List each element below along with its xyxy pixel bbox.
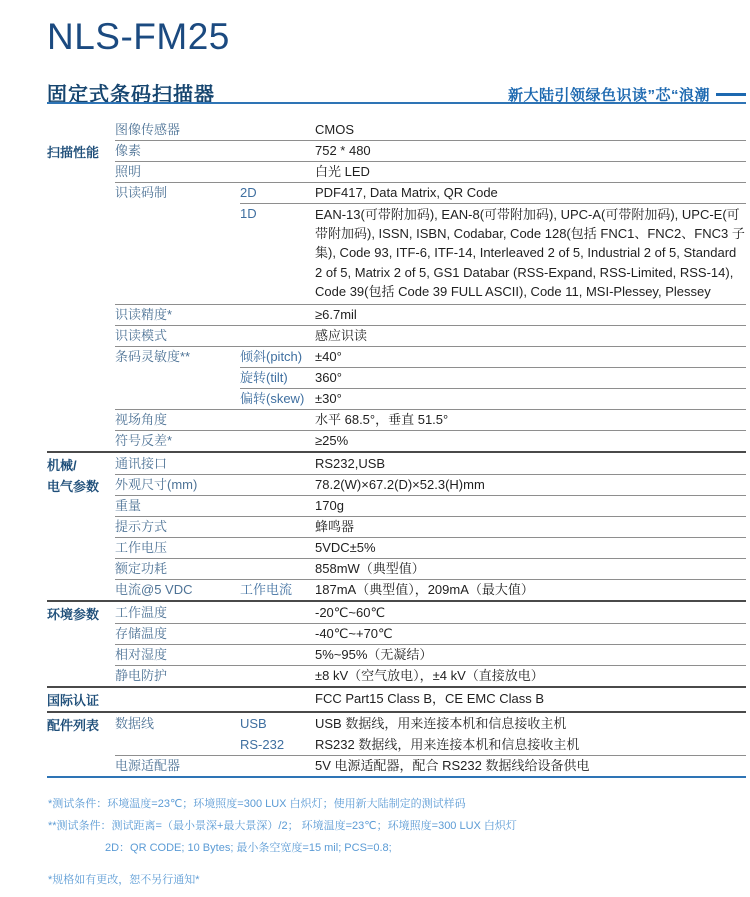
spec-row: 数据线USBUSB 数据线，用来连接本机和信息接收主机: [115, 713, 746, 734]
spec-attr-label: 电源适配器: [115, 755, 240, 776]
spec-attr-label: 识读模式: [115, 325, 240, 346]
footnote-line: *测试条件：环境温度=23℃；环境照度=300 LUX 白炽灯；使用新大陆制定的…: [48, 793, 730, 815]
spec-row: 旋转(tilt)360°: [115, 367, 746, 388]
spec-attr-label: 识读码制: [115, 182, 240, 203]
spec-value: -20℃~60℃: [315, 602, 746, 623]
spec-attr-label: 符号反差*: [115, 430, 240, 451]
spec-row: 识读模式感应识读: [115, 325, 746, 346]
spec-sub-label: [240, 409, 315, 430]
spec-sub-label: 偏转(skew): [240, 388, 315, 409]
section-category-label: 配件列表: [47, 713, 115, 776]
spec-attr-label: 重量: [115, 495, 240, 516]
spec-value: 752 * 480: [315, 140, 746, 161]
spec-attr-label: 提示方式: [115, 516, 240, 537]
section-category-label: 机械/电气参数: [47, 453, 115, 600]
spec-sub-label: 工作电流: [240, 579, 315, 600]
spec-sub-label: [240, 140, 315, 161]
spec-attr-label: [115, 203, 240, 304]
spec-value: 白光 LED: [315, 161, 746, 182]
spec-attr-label: 识读精度*: [115, 304, 240, 325]
spec-attr-label: 视场角度: [115, 409, 240, 430]
spec-sub-label: [240, 688, 315, 709]
spec-value: ±40°: [315, 346, 746, 367]
spec-attr-label: 图像传感器: [115, 119, 240, 140]
spec-value: EAN-13(可带附加码), EAN-8(可带附加码), UPC-A(可带附加码…: [315, 203, 746, 304]
footnote-line: **测试条件：测试距离=（最小景深+最大景深）/2； 环境温度=23℃；环境照度…: [48, 815, 730, 837]
section-category-line: 电气参数: [47, 476, 115, 497]
spec-sub-label: [240, 623, 315, 644]
spec-value: 5VDC±5%: [315, 537, 746, 558]
spec-value: ±8 kV（空气放电），±4 kV（直接放电）: [315, 665, 746, 686]
spec-section: 国际认证FCC Part15 Class B，CE EMC Class B: [47, 686, 746, 711]
spec-row: 工作电压5VDC±5%: [115, 537, 746, 558]
spec-value: 78.2(W)×67.2(D)×52.3(H)mm: [315, 474, 746, 495]
spec-attr-label: 存储温度: [115, 623, 240, 644]
spec-section: 环境参数工作温度-20℃~60℃存储温度-40℃~+70℃相对湿度5%~95%（…: [47, 600, 746, 686]
spec-sub-label: 2D: [240, 182, 315, 203]
spec-sub-label: USB: [240, 713, 315, 734]
spec-sub-label: [240, 602, 315, 623]
spec-row: 重量170g: [115, 495, 746, 516]
spec-value: ±30°: [315, 388, 746, 409]
spec-row: 1DEAN-13(可带附加码), EAN-8(可带附加码), UPC-A(可带附…: [115, 203, 746, 304]
spec-sub-label: [240, 474, 315, 495]
product-title: NLS-FM25: [47, 16, 746, 58]
spec-value: CMOS: [315, 119, 746, 140]
spec-attr-label: [115, 734, 240, 755]
spec-row: 电流@5 VDC工作电流187mA（典型值），209mA（最大值）: [115, 579, 746, 600]
spec-attr-label: 相对湿度: [115, 644, 240, 665]
spec-sub-label: [240, 558, 315, 579]
spec-table: 扫描性能图像传感器CMOS像素752 * 480照明白光 LED识读码制2DPD…: [47, 104, 746, 778]
spec-row: 通讯接口RS232,USB: [115, 453, 746, 474]
spec-sub-label: [240, 755, 315, 776]
spec-row: 符号反差*≥25%: [115, 430, 746, 451]
spec-sub-label: [240, 516, 315, 537]
spec-value: 360°: [315, 367, 746, 388]
spec-value: ≥25%: [315, 430, 746, 451]
spec-attr-label: [115, 688, 240, 709]
spec-section: 配件列表数据线USBUSB 数据线，用来连接本机和信息接收主机RS-232RS2…: [47, 711, 746, 776]
spec-attr-label: 照明: [115, 161, 240, 182]
section-category-label: 扫描性能: [47, 119, 115, 451]
spec-attr-label: 工作温度: [115, 602, 240, 623]
spec-row: 提示方式蜂鸣器: [115, 516, 746, 537]
spec-row: 额定功耗858mW（典型值）: [115, 558, 746, 579]
spec-value: 170g: [315, 495, 746, 516]
footnote-line: *规格如有更改，恕不另行通知*: [48, 869, 730, 891]
section-rows: 数据线USBUSB 数据线，用来连接本机和信息接收主机RS-232RS232 数…: [115, 713, 746, 776]
spec-value: RS232,USB: [315, 453, 746, 474]
spec-row: 静电防护±8 kV（空气放电），±4 kV（直接放电）: [115, 665, 746, 686]
spec-value: 水平 68.5°，垂直 51.5°: [315, 409, 746, 430]
section-category-line: 机械/: [47, 455, 115, 476]
spec-attr-label: 外观尺寸(mm): [115, 474, 240, 495]
spec-sub-label: [240, 453, 315, 474]
spec-attr-label: 像素: [115, 140, 240, 161]
spec-row: RS-232RS232 数据线，用来连接本机和信息接收主机: [115, 734, 746, 755]
section-category-line: 扫描性能: [47, 142, 115, 163]
spec-row: 电源适配器5V 电源适配器，配合 RS232 数据线给设备供电: [115, 755, 746, 776]
spec-value: 5%~95%（无凝结）: [315, 644, 746, 665]
footnote-line: 2D：QR CODE; 10 Bytes; 最小条空宽度=15 mil; PCS…: [48, 837, 730, 859]
spec-row: 存储温度-40℃~+70℃: [115, 623, 746, 644]
spec-value: ≥6.7mil: [315, 304, 746, 325]
spec-sub-label: 1D: [240, 203, 315, 304]
spec-row: 视场角度水平 68.5°，垂直 51.5°: [115, 409, 746, 430]
spec-value: PDF417, Data Matrix, QR Code: [315, 182, 746, 203]
spec-sub-label: [240, 304, 315, 325]
spec-value: RS232 数据线，用来连接本机和信息接收主机: [315, 734, 746, 755]
section-rows: 图像传感器CMOS像素752 * 480照明白光 LED识读码制2DPDF417…: [115, 119, 746, 451]
section-rows: 工作温度-20℃~60℃存储温度-40℃~+70℃相对湿度5%~95%（无凝结）…: [115, 602, 746, 686]
spec-value: 蜂鸣器: [315, 516, 746, 537]
spec-attr-label: 额定功耗: [115, 558, 240, 579]
spec-row: 识读码制2DPDF417, Data Matrix, QR Code: [115, 182, 746, 203]
spec-value: 感应识读: [315, 325, 746, 346]
spec-row: 像素752 * 480: [115, 140, 746, 161]
spec-row: 外观尺寸(mm)78.2(W)×67.2(D)×52.3(H)mm: [115, 474, 746, 495]
spec-row: 工作温度-20℃~60℃: [115, 602, 746, 623]
spec-value: FCC Part15 Class B，CE EMC Class B: [315, 688, 746, 709]
section-category-line: 配件列表: [47, 715, 115, 736]
spec-sub-label: [240, 430, 315, 451]
spec-attr-label: 数据线: [115, 713, 240, 734]
spec-row: 条码灵敏度**倾斜(pitch)±40°: [115, 346, 746, 367]
spec-attr-label: 静电防护: [115, 665, 240, 686]
spec-value: USB 数据线，用来连接本机和信息接收主机: [315, 713, 746, 734]
spec-attr-label: 工作电压: [115, 537, 240, 558]
spec-row: 相对湿度5%~95%（无凝结）: [115, 644, 746, 665]
datasheet-page: { "page": { "title": "NLS-FM25", "subtit…: [0, 0, 750, 897]
spec-attr-label: 电流@5 VDC: [115, 579, 240, 600]
footnotes: *测试条件：环境温度=23℃；环境照度=300 LUX 白炽灯；使用新大陆制定的…: [48, 793, 730, 891]
tagline-dash-rule: [716, 93, 746, 96]
spec-value: 187mA（典型值），209mA（最大值）: [315, 579, 746, 600]
spec-attr-label: [115, 388, 240, 409]
spec-row: 偏转(skew)±30°: [115, 388, 746, 409]
spec-row: FCC Part15 Class B，CE EMC Class B: [115, 688, 746, 709]
spec-attr-label: 条码灵敏度**: [115, 346, 240, 367]
spec-row: 照明白光 LED: [115, 161, 746, 182]
section-category-label: 环境参数: [47, 602, 115, 686]
spec-sub-label: [240, 325, 315, 346]
spec-sub-label: [240, 537, 315, 558]
section-rows: 通讯接口RS232,USB外观尺寸(mm)78.2(W)×67.2(D)×52.…: [115, 453, 746, 600]
section-category-line: 国际认证: [47, 690, 115, 711]
spec-value: 5V 电源适配器，配合 RS232 数据线给设备供电: [315, 755, 746, 776]
header: NLS-FM25: [47, 16, 746, 58]
spec-sub-label: [240, 119, 315, 140]
table-bottom-rule: [47, 776, 746, 778]
spec-sub-label: [240, 665, 315, 686]
spec-value: 858mW（典型值）: [315, 558, 746, 579]
spec-sub-label: 倾斜(pitch): [240, 346, 315, 367]
section-rows: FCC Part15 Class B，CE EMC Class B: [115, 688, 746, 711]
spec-sub-label: [240, 161, 315, 182]
spec-section: 机械/电气参数通讯接口RS232,USB外观尺寸(mm)78.2(W)×67.2…: [47, 451, 746, 600]
spec-sub-label: [240, 644, 315, 665]
spec-row: 识读精度*≥6.7mil: [115, 304, 746, 325]
spec-row: 图像传感器CMOS: [115, 119, 746, 140]
spec-attr-label: 通讯接口: [115, 453, 240, 474]
spec-sub-label: RS-232: [240, 734, 315, 755]
spec-value: -40℃~+70℃: [315, 623, 746, 644]
section-category-line: 环境参数: [47, 604, 115, 625]
spec-section: 扫描性能图像传感器CMOS像素752 * 480照明白光 LED识读码制2DPD…: [47, 119, 746, 451]
section-category-label: 国际认证: [47, 688, 115, 711]
spec-sub-label: [240, 495, 315, 516]
spec-sub-label: 旋转(tilt): [240, 367, 315, 388]
spec-attr-label: [115, 367, 240, 388]
